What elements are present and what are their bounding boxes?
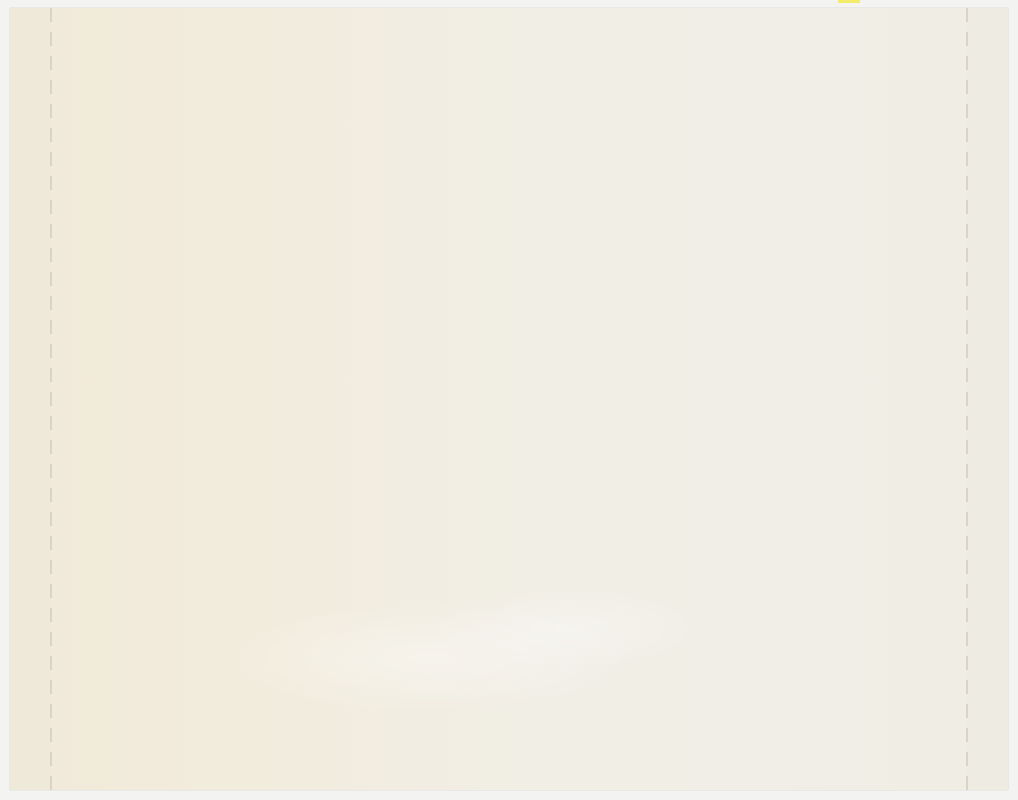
left-perforated-fold: [50, 8, 52, 790]
yellow-mark: [838, 0, 860, 3]
right-flap: [967, 8, 1008, 790]
right-perforated-fold: [966, 8, 968, 790]
paper-card: [10, 8, 1008, 790]
left-flap: [10, 8, 51, 790]
